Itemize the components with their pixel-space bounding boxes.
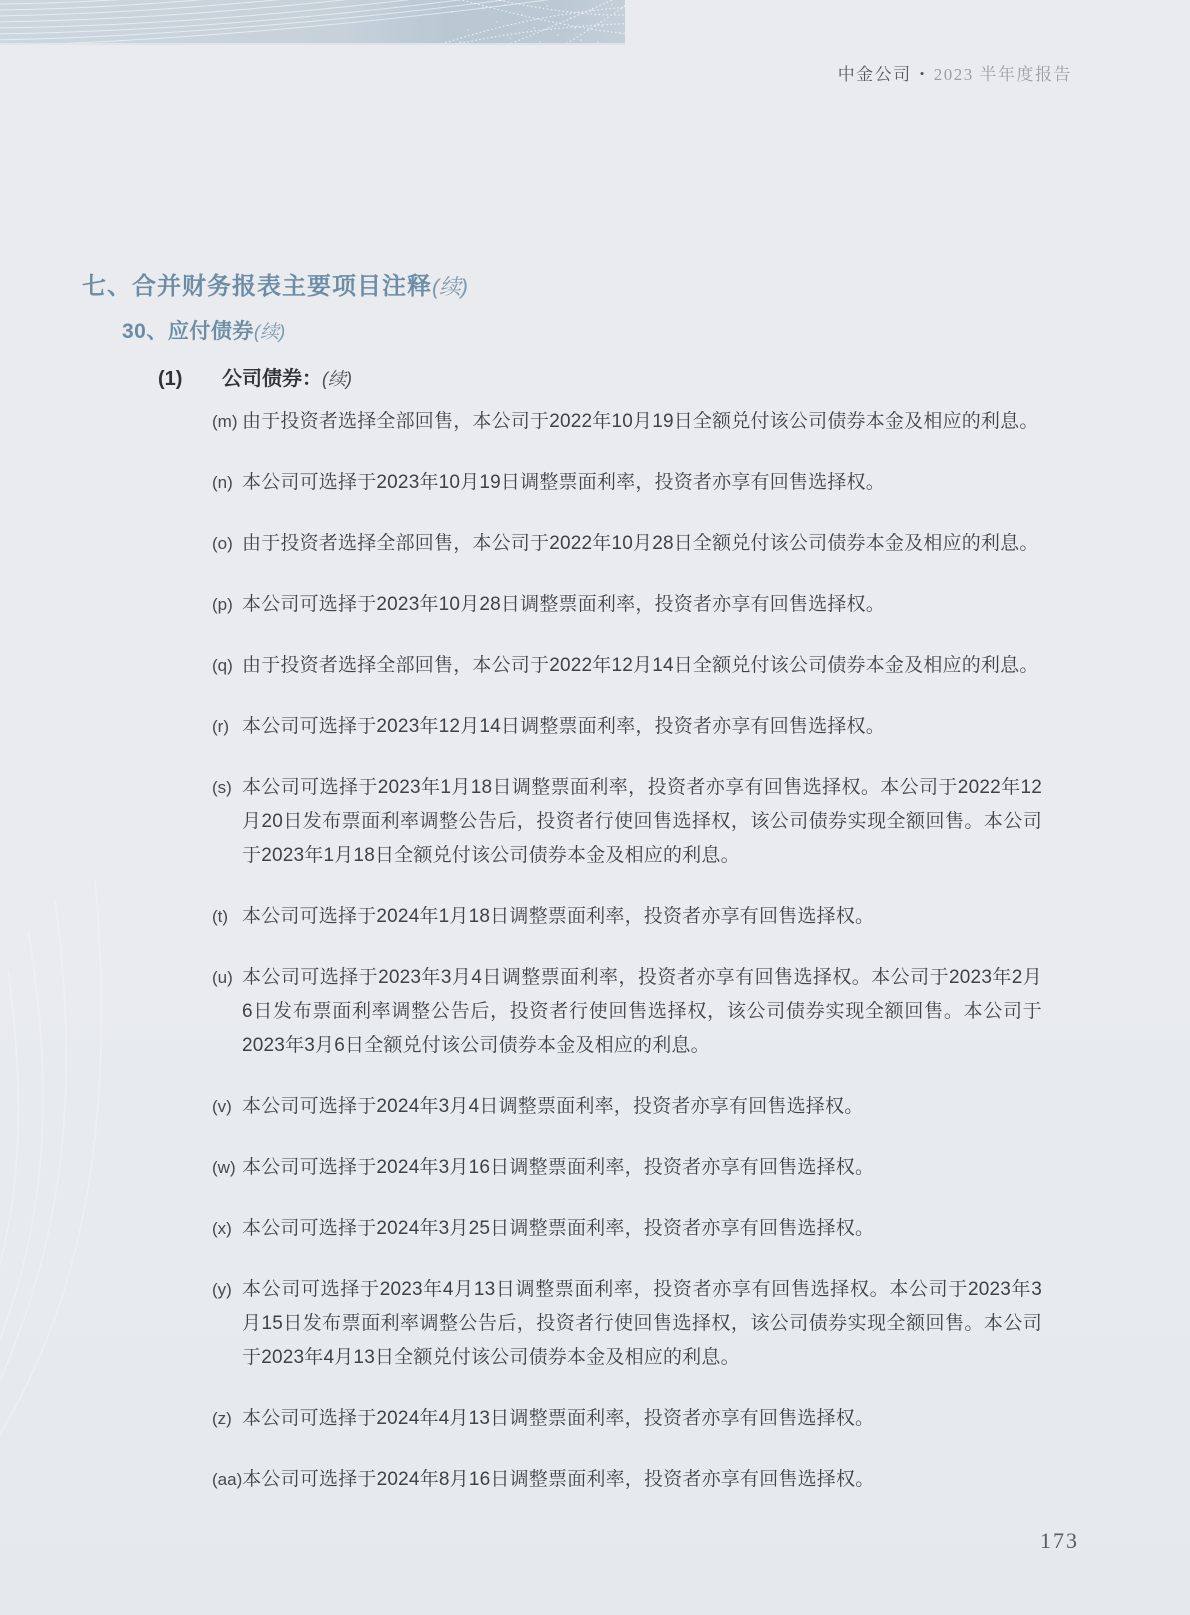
note-label: (x) <box>212 1212 242 1246</box>
separator-bullet-icon: • <box>920 66 926 81</box>
note-text: 本公司可选择于2023年4月13日调整票面利率，投资者亦享有回售选择权。本公司于… <box>242 1273 1042 1375</box>
note-label: (s) <box>212 771 242 805</box>
note-text: 本公司可选择于2023年3月4日调整票面利率，投资者亦享有回售选择权。本公司于2… <box>242 961 1042 1063</box>
note-label: (r) <box>212 710 242 744</box>
note-item: (t) 本公司可选择于2024年1月18日调整票面利率，投资者亦享有回售选择权。 <box>212 900 1044 934</box>
note-text: 本公司可选择于2024年8月16日调整票面利率，投资者亦享有回售选择权。 <box>242 1463 1042 1497</box>
note-item: (u) 本公司可选择于2023年3月4日调整票面利率，投资者亦享有回售选择权。本… <box>212 961 1044 1063</box>
company-name: 中金公司 <box>838 65 912 84</box>
note-text: 由于投资者选择全部回售，本公司于2022年12月14日全额兑付该公司债券本金及相… <box>242 649 1042 683</box>
page-header: 中金公司•2023 半年度报告 <box>838 60 1072 85</box>
note-text: 本公司可选择于2023年10月19日调整票面利率，投资者亦享有回售选择权。 <box>242 466 1042 500</box>
note-item: (q) 由于投资者选择全部回售，本公司于2022年12月14日全额兑付该公司债券… <box>212 649 1044 683</box>
note-text: 由于投资者选择全部回售，本公司于2022年10月28日全额兑付该公司债券本金及相… <box>242 527 1042 561</box>
note-text: 本公司可选择于2023年12月14日调整票面利率，投资者亦享有回售选择权。 <box>242 710 1042 744</box>
note-item: (o) 由于投资者选择全部回售，本公司于2022年10月28日全额兑付该公司债券… <box>212 527 1044 561</box>
note-text: 本公司可选择于2024年4月13日调整票面利率，投资者亦享有回售选择权。 <box>242 1402 1042 1436</box>
note-item: (v) 本公司可选择于2024年3月4日调整票面利率，投资者亦享有回售选择权。 <box>212 1090 1044 1124</box>
note-label: (z) <box>212 1402 242 1436</box>
background-arc-decoration <box>0 860 160 1480</box>
section-title: 七、合并财务报表主要项目注释 <box>82 273 432 300</box>
note-label: (m) <box>212 405 242 439</box>
note-item: (r) 本公司可选择于2023年12月14日调整票面利率，投资者亦享有回售选择权… <box>212 710 1044 744</box>
report-title: 2023 半年度报告 <box>934 65 1072 84</box>
section-heading: 七、合并财务报表主要项目注释(续) <box>82 266 468 301</box>
subsection-heading: 30、应付债券(续) <box>122 315 285 345</box>
note-item: (m) 由于投资者选择全部回售，本公司于2022年10月19日全额兑付该公司债券… <box>212 405 1044 439</box>
note-label: (aa) <box>212 1463 242 1497</box>
item-continued-mark: (续) <box>322 369 352 389</box>
page-number: 173 <box>1040 1528 1079 1554</box>
note-label: (n) <box>212 466 242 500</box>
section-continued-mark: (续) <box>432 274 468 299</box>
note-text: 本公司可选择于2024年3月4日调整票面利率，投资者亦享有回售选择权。 <box>242 1090 1042 1124</box>
note-item: (s) 本公司可选择于2023年1月18日调整票面利率，投资者亦享有回售选择权。… <box>212 771 1044 873</box>
note-label: (t) <box>212 900 242 934</box>
note-text: 由于投资者选择全部回售，本公司于2022年10月19日全额兑付该公司债券本金及相… <box>242 405 1042 439</box>
note-item: (aa) 本公司可选择于2024年8月16日调整票面利率，投资者亦享有回售选择权… <box>212 1463 1044 1497</box>
note-label: (u) <box>212 961 242 995</box>
item-title: 公司债券： <box>222 368 322 390</box>
note-label: (o) <box>212 527 242 561</box>
note-text: 本公司可选择于2024年3月25日调整票面利率，投资者亦享有回售选择权。 <box>242 1212 1042 1246</box>
note-label: (y) <box>212 1273 242 1307</box>
note-label: (q) <box>212 649 242 683</box>
banner-wave-art <box>0 0 625 45</box>
subsection-title: 30、应付债券 <box>122 320 254 343</box>
note-text: 本公司可选择于2024年1月18日调整票面利率，投资者亦享有回售选择权。 <box>242 900 1042 934</box>
note-label: (w) <box>212 1151 242 1185</box>
subsection-continued-mark: (续) <box>254 322 285 343</box>
note-item: (y) 本公司可选择于2023年4月13日调整票面利率，投资者亦享有回售选择权。… <box>212 1273 1044 1375</box>
note-item: (w) 本公司可选择于2024年3月16日调整票面利率，投资者亦享有回售选择权。 <box>212 1151 1044 1185</box>
notes-list: (m) 由于投资者选择全部回售，本公司于2022年10月19日全额兑付该公司债券… <box>212 405 1044 1524</box>
item-index: (1) <box>158 368 222 391</box>
report-page: { "header": { "company": "中金公司", "bullet… <box>0 0 1190 1615</box>
note-item: (n) 本公司可选择于2023年10月19日调整票面利率，投资者亦享有回售选择权… <box>212 466 1044 500</box>
note-item: (z) 本公司可选择于2024年4月13日调整票面利率，投资者亦享有回售选择权。 <box>212 1402 1044 1436</box>
note-label: (v) <box>212 1090 242 1124</box>
note-text: 本公司可选择于2024年3月16日调整票面利率，投资者亦享有回售选择权。 <box>242 1151 1042 1185</box>
note-text: 本公司可选择于2023年10月28日调整票面利率，投资者亦享有回售选择权。 <box>242 588 1042 622</box>
note-item: (p) 本公司可选择于2023年10月28日调整票面利率，投资者亦享有回售选择权… <box>212 588 1044 622</box>
note-text: 本公司可选择于2023年1月18日调整票面利率，投资者亦享有回售选择权。本公司于… <box>242 771 1042 873</box>
item-heading: (1)公司债券：(续) <box>158 362 352 391</box>
note-item: (x) 本公司可选择于2024年3月25日调整票面利率，投资者亦享有回售选择权。 <box>212 1212 1044 1246</box>
note-label: (p) <box>212 588 242 622</box>
